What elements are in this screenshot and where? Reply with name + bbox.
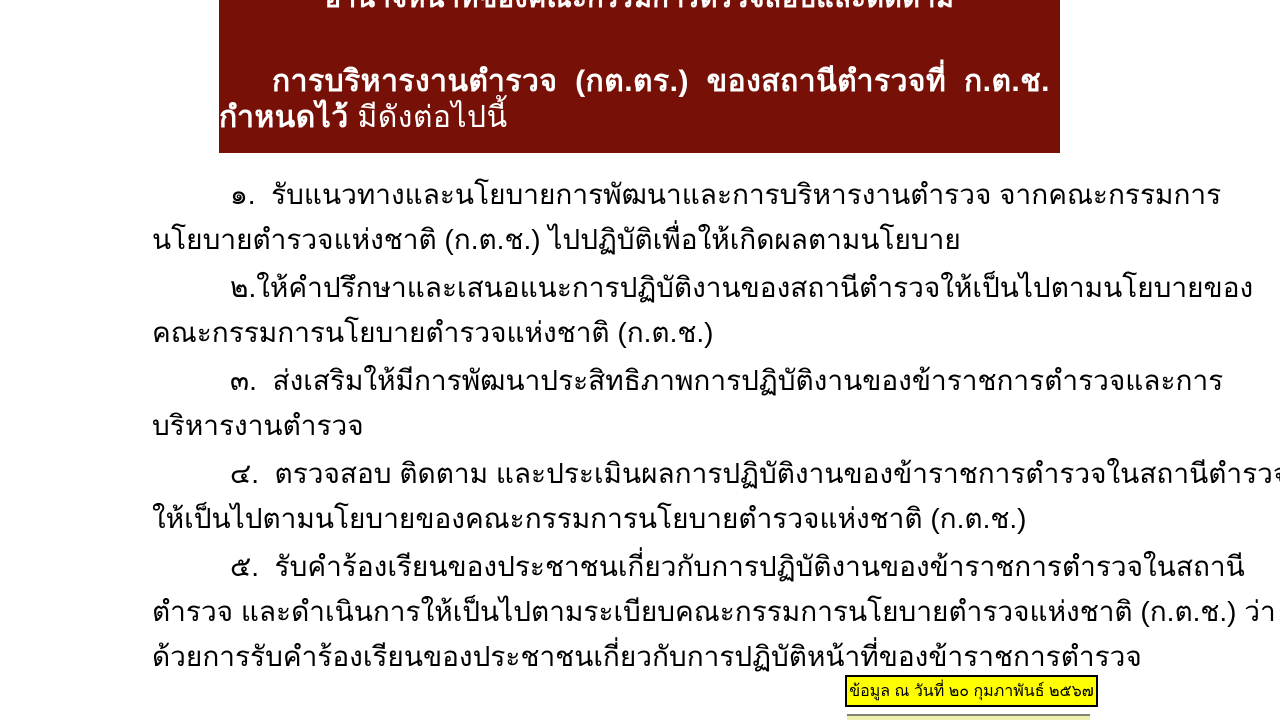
body-text-block: ๑. รับแนวทางและนโยบายการพัฒนาและการบริหา…: [152, 172, 1067, 682]
list-item-line: บริหารงานตำรวจ: [152, 403, 1067, 448]
list-item-line: ตำรวจ และดำเนินการให้เป็นไปตามระเบียบคณะ…: [152, 589, 1067, 634]
title-line-2-regular: มีดังต่อไปนี้: [358, 101, 508, 134]
list-item-5: ๕. รับคำร้องเรียนของประชาชนเกี่ยวกับการป…: [152, 544, 1067, 679]
list-item-line: นโยบายตำรวจแห่งชาติ (ก.ต.ช.) ไปปฏิบัติเพ…: [152, 217, 1067, 262]
footer-badge-cutoff-edge: [847, 714, 1090, 720]
list-item-line: ด้วยการรับคำร้องเรียนของประชาชนเกี่ยวกับ…: [152, 634, 1067, 679]
list-item-line: ๓. ส่งเสริมให้มีการพัฒนาประสิทธิภาพการปฏ…: [152, 358, 1067, 403]
list-item-line: ๑. รับแนวทางและนโยบายการพัฒนาและการบริหา…: [152, 172, 1067, 217]
title-line-2: การบริหารงานตำรวจ (กต.ตร.) ของสถานีตำรวจ…: [219, 28, 1060, 172]
list-item-line: ๕. รับคำร้องเรียนของประชาชนเกี่ยวกับการป…: [152, 544, 1067, 589]
list-item-line: ๒.ให้คำปรึกษาและเสนอแนะการปฏิบัติงานของส…: [152, 265, 1067, 310]
title-line-1: อำนาจหน้าที่ของคณะกรรมการตรวจสอบและติดตา…: [325, 0, 955, 12]
presentation-slide: อำนาจหน้าที่ของคณะกรรมการตรวจสอบและติดตา…: [0, 0, 1280, 720]
footer-date-text: ข้อมูล ณ วันที่ ๒๐ กุมภาพันธ์ ๒๕๖๗: [849, 679, 1094, 704]
list-item-2: ๒.ให้คำปรึกษาและเสนอแนะการปฏิบัติงานของส…: [152, 265, 1067, 355]
title-line-2-bold: การบริหารงานตำรวจ (กต.ตร.) ของสถานีตำรวจ…: [219, 65, 1068, 134]
list-item-line: ๔. ตรวจสอบ ติดตาม และประเมินผลการปฏิบัติ…: [152, 451, 1067, 496]
footer-date-badge: ข้อมูล ณ วันที่ ๒๐ กุมภาพันธ์ ๒๕๖๗: [845, 675, 1098, 707]
list-item-1: ๑. รับแนวทางและนโยบายการพัฒนาและการบริหา…: [152, 172, 1067, 262]
list-item-line: คณะกรรมการนโยบายตำรวจแห่งชาติ (ก.ต.ช.): [152, 310, 1067, 355]
list-item-4: ๔. ตรวจสอบ ติดตาม และประเมินผลการปฏิบัติ…: [152, 451, 1067, 541]
list-item-line: ให้เป็นไปตามนโยบายของคณะกรรมการนโยบายตำร…: [152, 496, 1067, 541]
header-banner: อำนาจหน้าที่ของคณะกรรมการตรวจสอบและติดตา…: [219, 0, 1060, 153]
list-item-3: ๓. ส่งเสริมให้มีการพัฒนาประสิทธิภาพการปฏ…: [152, 358, 1067, 448]
